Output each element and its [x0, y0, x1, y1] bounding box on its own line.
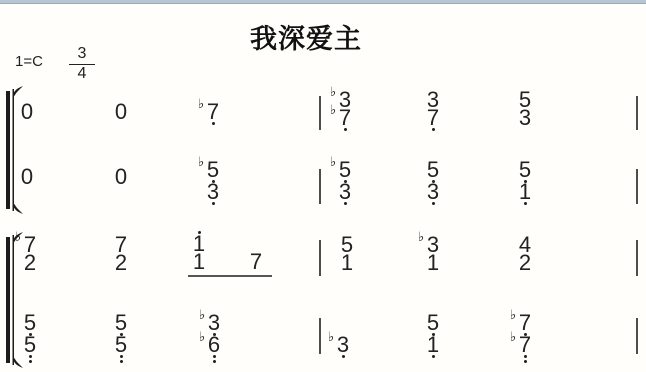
flat-icon: ♭ [418, 232, 424, 244]
note-cell: 55 [114, 314, 128, 363]
note-cell: 0 [20, 168, 34, 186]
note-digit: 7 [426, 109, 440, 127]
note-digit: 7♭ [518, 336, 532, 354]
note-digit: 0 [114, 168, 128, 186]
eighth-note-beam [188, 275, 272, 277]
note-cell: 7♭2 [23, 236, 37, 272]
voice: 7 [426, 109, 440, 131]
flat-icon: ♭ [15, 232, 21, 244]
note-digit: 5 [23, 336, 37, 354]
voice: 1 [192, 253, 206, 271]
note-cell: 0 [114, 168, 128, 186]
note-digit: 7 [249, 253, 263, 271]
barline [636, 96, 638, 130]
voice: 3♭ [336, 336, 350, 358]
voice: 1 [426, 336, 440, 358]
note-cell: 72 [114, 236, 128, 272]
note-cell: 53 [518, 91, 532, 127]
flat-icon: ♭ [199, 332, 205, 344]
note-digit: 5 [114, 314, 128, 332]
note-cell: 3♭7♭ [338, 91, 352, 131]
barline [319, 96, 321, 130]
note-digit: 1 [426, 336, 440, 354]
note-cell: 5♭3 [338, 161, 352, 205]
voice: 0 [20, 103, 34, 121]
score-canvas: 007♭3♭7♭3753005♭35♭353517♭272117513♭1425… [0, 0, 646, 372]
note-digit: 2 [23, 254, 37, 272]
note-digit: 7♭ [206, 103, 220, 121]
voice: 1 [426, 254, 440, 272]
barline [319, 240, 321, 276]
note-digit: 1 [340, 254, 354, 272]
grand-staff-bracket [3, 232, 25, 368]
barline [636, 169, 638, 204]
note-cell: 53 [426, 161, 440, 205]
flat-icon: ♭ [510, 332, 516, 344]
voice: 7♭ [338, 109, 352, 131]
note-digit: 7♭ [518, 314, 532, 332]
note-cell: 7♭7♭ [518, 314, 532, 363]
octave-dot [524, 360, 527, 363]
note-cell: 7♭ [206, 103, 220, 125]
voice: 7♭ [206, 103, 220, 125]
note-digit: 5♭ [206, 161, 220, 179]
voice: 2 [518, 254, 532, 272]
note-cell: 11 [192, 231, 206, 271]
voice: 3 [426, 183, 440, 205]
note-cell: 0 [20, 103, 34, 121]
note-digit: 3 [338, 183, 352, 201]
note-cell: 3♭ [336, 336, 350, 358]
flat-icon: ♭ [330, 157, 336, 169]
note-digit: 5 [426, 314, 440, 332]
octave-dot [120, 360, 123, 363]
note-digit: 5 [518, 161, 532, 179]
voice: 2 [23, 254, 37, 272]
note-digit: 5 [23, 314, 37, 332]
flat-icon: ♭ [198, 157, 204, 169]
octave-dot [29, 360, 32, 363]
note-cell: 42 [518, 236, 532, 272]
note-digit: 1 [518, 183, 532, 201]
voice: 1 [518, 183, 532, 205]
voice: 3 [338, 183, 352, 205]
note-cell: 51 [518, 161, 532, 205]
voice: 3 [518, 109, 532, 127]
voice: 0 [114, 103, 128, 121]
flat-icon: ♭ [510, 310, 516, 322]
note-cell: 3♭6♭ [207, 314, 221, 363]
note-digit: 5 [426, 161, 440, 179]
note-digit: 6♭ [207, 336, 221, 354]
voice: 0 [20, 168, 34, 186]
voice: 1 [340, 254, 354, 272]
voice: 2 [114, 254, 128, 272]
note-cell: 37 [426, 91, 440, 131]
note-digit: 0 [20, 168, 34, 186]
note-cell: 51 [340, 236, 354, 272]
note-cell: 5♭3 [206, 161, 220, 205]
barline [636, 240, 638, 276]
note-digit: 3 [518, 109, 532, 127]
note-cell: 0 [114, 103, 128, 121]
note-digit: 0 [114, 103, 128, 121]
voice: 5 [23, 336, 37, 363]
note-digit: 1 [426, 254, 440, 272]
barline [319, 169, 321, 204]
note-digit: 7♭ [338, 109, 352, 127]
note-digit: 3 [206, 183, 220, 201]
flat-icon: ♭ [330, 105, 336, 117]
flat-icon: ♭ [199, 310, 205, 322]
note-digit: 0 [20, 103, 34, 121]
note-digit: 3♭ [336, 336, 350, 354]
flat-icon: ♭ [328, 332, 334, 344]
flat-icon: ♭ [330, 87, 336, 99]
barline [319, 318, 321, 354]
voice: 5 [114, 336, 128, 363]
barline [636, 318, 638, 354]
note-cell: 51 [426, 314, 440, 358]
voice: 3 [206, 183, 220, 205]
octave-dot [213, 360, 216, 363]
note-cell: 3♭1 [426, 236, 440, 272]
voice: 0 [114, 168, 128, 186]
flat-icon: ♭ [198, 99, 204, 111]
note-digit: 3 [426, 183, 440, 201]
note-digit: 3♭ [207, 314, 221, 332]
note-digit: 5 [114, 336, 128, 354]
voice: 6♭ [207, 336, 221, 363]
voice: 7♭ [518, 336, 532, 363]
note-digit: 2 [114, 254, 128, 272]
note-cell: 55 [23, 314, 37, 363]
note-digit: 1 [192, 253, 206, 271]
note-digit: 5♭ [338, 161, 352, 179]
note-digit: 2 [518, 254, 532, 272]
